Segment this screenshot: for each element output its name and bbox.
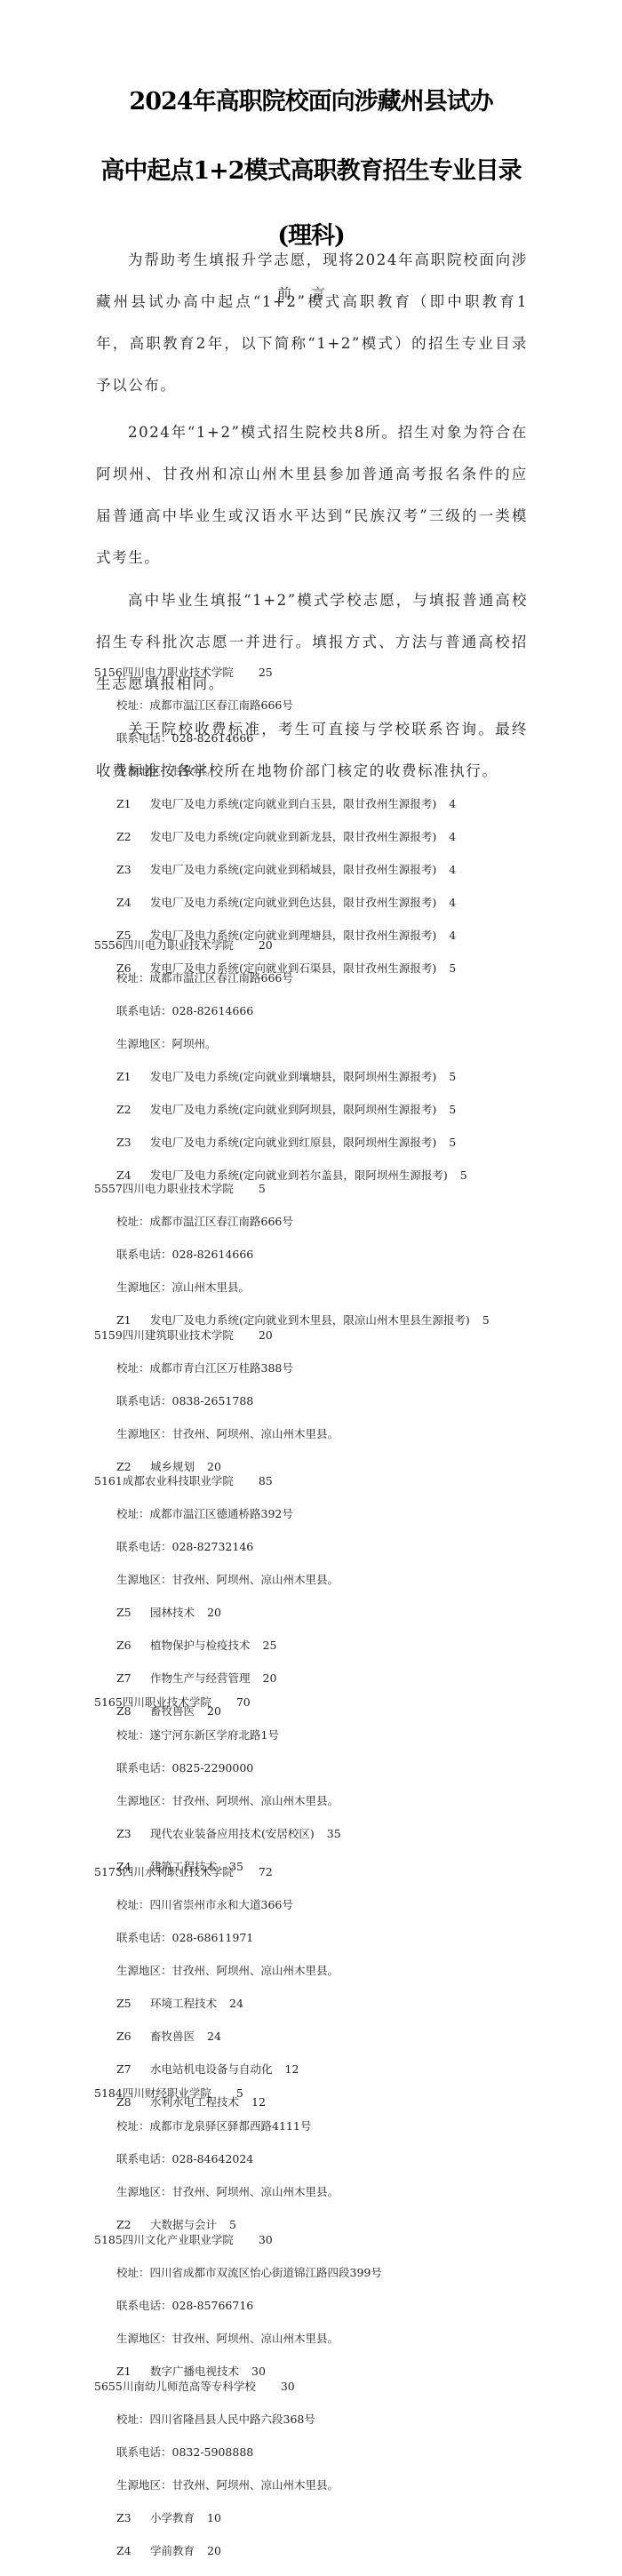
phone-value: 0838-2651788 [172, 1394, 254, 1408]
phone-label: 联系电话： [116, 2445, 172, 2459]
major-quota: 4 [449, 863, 456, 876]
school-address: 校址：成都市温江区春江南路666号 [94, 961, 538, 994]
major-quota: 20 [207, 2544, 221, 2557]
school-code: 5165 [94, 1695, 123, 1709]
school-code: 5655 [94, 2380, 123, 2393]
address-label: 校址： [116, 2266, 150, 2279]
major-code: Z2 [116, 820, 138, 853]
school-name: 四川水利职业技术学院 [123, 1865, 234, 1878]
region-value: 阿坝州。 [172, 1037, 217, 1050]
address-value: 成都市温江区春江南路666号 [150, 971, 293, 985]
school-name: 四川建筑职业技术学院 [123, 1328, 234, 1342]
major-code: Z4 [116, 2534, 138, 2567]
major-item: Z4发电厂及电力系统(定向就业到色达县，限甘孜州生源报考)4 [94, 886, 538, 919]
school-address: 校址：四川省隆昌县人民中路六段368号 [94, 2403, 538, 2436]
school-code: 5185 [94, 2233, 123, 2246]
region-value: 凉山州木里县。 [172, 1280, 251, 1294]
school-address: 校址：遂宁河东新区学府北路1号 [94, 1719, 538, 1751]
phone-value: 028-85766716 [172, 2299, 254, 2312]
school-code: 5184 [94, 2086, 123, 2100]
major-code: Z2 [116, 1093, 138, 1126]
address-value: 遂宁河东新区学府北路1号 [150, 1728, 279, 1742]
phone-value: 028-82614666 [172, 1004, 254, 1017]
phone-label: 联系电话： [116, 2152, 172, 2165]
school-phone: 联系电话：028-82614666 [94, 722, 538, 754]
major-name: 发电厂及电力系统(定向就业到红原县，限阿坝州生源报考) [150, 1136, 436, 1149]
school-address: 校址：成都市青白江区万桂路388号 [94, 1352, 538, 1384]
major-code: Z1 [116, 787, 138, 820]
school-region: 生源地区：甘孜州、阿坝州、凉山州木里县。 [94, 2175, 538, 2208]
school-header: 5161成都农业科技职业学院85 [94, 1464, 538, 1497]
document-title-line-1: 2024年高职院校面向涉藏州县试办 [0, 82, 622, 116]
preface-paragraph-1: 为帮助考生填报升学志愿，现将2024年高职院校面向涉藏州县试办高中起点“1+2”… [96, 239, 528, 406]
school-header: 5156四川电力职业技术学院25 [94, 656, 538, 689]
address-label: 校址： [116, 971, 150, 985]
major-code: Z1 [116, 1060, 138, 1093]
address-label: 校址： [116, 1507, 150, 1520]
major-quota: 24 [229, 1997, 243, 2010]
school-phone: 联系电话：028-82732146 [94, 1530, 538, 1563]
school-phone: 联系电话：0838-2651788 [94, 1384, 538, 1417]
address-value: 成都市龙泉驿区驿都西路4111号 [150, 2119, 312, 2133]
address-label: 校址： [116, 698, 150, 712]
address-value: 四川省成都市双流区怡心街道锦江路四段399号 [150, 2266, 382, 2279]
region-value: 甘孜州、阿坝州、凉山州木里县。 [172, 2478, 339, 2492]
school-quota: 30 [281, 2380, 295, 2393]
major-code: Z5 [116, 1987, 138, 2020]
major-code: Z6 [116, 1629, 138, 1662]
school-header: 5556四川电力职业技术学院20 [94, 929, 538, 961]
major-quota: 20 [207, 1606, 221, 1619]
major-item: Z6畜牧兽医24 [94, 2020, 538, 2053]
major-quota: 25 [263, 1639, 277, 1652]
major-item: Z2发电厂及电力系统(定向就业到新龙县，限甘孜州生源报考)4 [94, 820, 538, 853]
major-code: Z3 [116, 2501, 138, 2534]
school-name: 四川电力职业技术学院 [123, 938, 234, 952]
major-name: 作物生产与经营管理 [150, 1671, 251, 1685]
school-name: 四川电力职业技术学院 [123, 1182, 234, 1195]
major-item: Z3发电厂及电力系统(定向就业到稻城县，限甘孜州生源报考)4 [94, 853, 538, 886]
region-value: 甘孜州、阿坝州、凉山州木里县。 [172, 1964, 339, 1977]
region-label: 生源地区： [116, 1037, 172, 1050]
major-name: 发电厂及电力系统(定向就业到稻城县，限甘孜州生源报考) [150, 863, 436, 876]
school-quota: 5 [259, 1182, 266, 1195]
major-code: Z3 [116, 853, 138, 886]
school-phone: 联系电话：028-82614666 [94, 994, 538, 1027]
phone-label: 联系电话： [116, 1394, 172, 1408]
major-quota: 12 [285, 2062, 299, 2076]
school-header: 5159四川建筑职业技术学院20 [94, 1319, 538, 1352]
phone-label: 联系电话： [116, 2299, 172, 2312]
school-quota: 5 [236, 2086, 243, 2100]
phone-value: 028-82614666 [172, 1248, 254, 1261]
school-code: 5557 [94, 1182, 123, 1195]
region-label: 生源地区： [116, 1427, 172, 1440]
school-region: 生源地区：甘孜州。 [94, 754, 538, 787]
region-label: 生源地区： [116, 1280, 172, 1294]
address-label: 校址： [116, 1728, 150, 1742]
school-phone: 联系电话：028-85766716 [94, 2289, 538, 2322]
region-value: 甘孜州、阿坝州、凉山州木里县。 [172, 1573, 339, 1586]
school-phone: 联系电话：028-68611971 [94, 1921, 538, 1954]
major-code: Z5 [116, 1596, 138, 1629]
region-value: 甘孜州、阿坝州、凉山州木里县。 [172, 2185, 339, 2198]
major-code: Z4 [116, 886, 138, 919]
school-code: 5159 [94, 1328, 123, 1342]
school-address: 校址：四川省崇州市永和大道366号 [94, 1888, 538, 1921]
major-name: 发电厂及电力系统(定向就业到色达县，限甘孜州生源报考) [150, 896, 436, 909]
major-item: Z1发电厂及电力系统(定向就业到壤塘县，限阿坝州生源报考)5 [94, 1060, 538, 1093]
major-name: 园林技术 [150, 1606, 195, 1619]
major-quota: 5 [449, 1070, 456, 1083]
school-code: 5156 [94, 666, 123, 679]
school-code: 5556 [94, 938, 123, 952]
address-label: 校址： [116, 1215, 150, 1228]
school-block: 5184四川财经职业学院5校址：成都市龙泉驿区驿都西路4111号联系电话：028… [94, 2077, 538, 2241]
school-code: 5161 [94, 1474, 123, 1487]
major-item: Z5环境工程技术24 [94, 1987, 538, 2020]
major-name: 现代农业装备应用技术(安居校区) [150, 1827, 315, 1840]
region-value: 甘孜州、阿坝州、凉山州木里县。 [172, 1794, 339, 1807]
major-quota: 24 [207, 2030, 221, 2043]
address-value: 成都市温江区德通桥路392号 [150, 1507, 293, 1520]
school-block: 5556四川电力职业技术学院20校址：成都市温江区春江南路666号联系电话：02… [94, 929, 538, 1192]
school-quota: 25 [259, 666, 273, 679]
major-quota: 35 [327, 1827, 341, 1840]
address-value: 成都市温江区春江南路666号 [150, 698, 293, 712]
school-region: 生源地区：阿坝州。 [94, 1027, 538, 1060]
region-label: 生源地区： [116, 2185, 172, 2198]
region-label: 生源地区： [116, 1794, 172, 1807]
school-address: 校址：四川省成都市双流区怡心街道锦江路四段399号 [94, 2256, 538, 2289]
document-page: 2024年高职院校面向涉藏州县试办 高中起点1+2模式高职教育招生专业目录 (理… [0, 0, 622, 2576]
school-address: 校址：成都市龙泉驿区驿都西路4111号 [94, 2109, 538, 2142]
school-address: 校址：成都市温江区德通桥路392号 [94, 1497, 538, 1530]
major-name: 发电厂及电力系统(定向就业到壤塘县，限阿坝州生源报考) [150, 1070, 436, 1083]
phone-label: 联系电话： [116, 731, 172, 745]
major-name: 水电站机电设备与自动化 [150, 2062, 273, 2076]
school-address: 校址：成都市温江区春江南路666号 [94, 1205, 538, 1238]
school-header: 5173四川水利职业技术学院72 [94, 1855, 538, 1888]
preface-paragraph-2: 2024年“1+2”模式招生院校共8所。招生对象为符合在阿坝州、甘孜州和凉山州木… [96, 411, 528, 578]
region-value: 甘孜州、阿坝州、凉山州木里县。 [172, 1427, 339, 1440]
major-name: 小学教育 [150, 2511, 195, 2524]
phone-label: 联系电话： [116, 1761, 172, 1774]
school-name: 川南幼儿师范高等专科学校 [123, 2380, 256, 2393]
phone-value: 0832-5908888 [172, 2445, 254, 2459]
major-item: Z3现代农业装备应用技术(安居校区)35 [94, 1817, 538, 1850]
major-name: 畜牧兽医 [150, 2030, 195, 2043]
phone-label: 联系电话： [116, 1248, 172, 1261]
phone-label: 联系电话： [116, 1004, 172, 1017]
school-name: 成都农业科技职业学院 [123, 1474, 234, 1487]
region-value: 甘孜州。 [172, 764, 217, 778]
school-region: 生源地区：甘孜州、阿坝州、凉山州木里县。 [94, 1954, 538, 1987]
major-quota: 5 [449, 1136, 456, 1149]
major-name: 发电厂及电力系统(定向就业到阿坝县，限阿坝州生源报考) [150, 1103, 436, 1116]
address-value: 四川省崇州市永和大道366号 [150, 1898, 293, 1911]
school-header: 5184四川财经职业学院5 [94, 2077, 538, 2109]
major-item: Z4学前教育20 [94, 2534, 538, 2567]
major-code: Z3 [116, 1817, 138, 1850]
major-item: Z2发电厂及电力系统(定向就业到阿坝县，限阿坝州生源报考)5 [94, 1093, 538, 1126]
major-item: Z3发电厂及电力系统(定向就业到红原县，限阿坝州生源报考)5 [94, 1126, 538, 1159]
school-block: 5165四川职业技术学院70校址：遂宁河东新区学府北路1号联系电话：0825-2… [94, 1686, 538, 1883]
region-label: 生源地区： [116, 1573, 172, 1586]
major-quota: 4 [449, 830, 456, 843]
major-quota: 10 [207, 2511, 221, 2524]
school-name: 四川文化产业职业学院 [123, 2233, 234, 2246]
phone-value: 028-84642024 [172, 2152, 254, 2165]
phone-value: 028-82732146 [172, 1540, 254, 1553]
address-label: 校址： [116, 1898, 150, 1911]
school-header: 5557四川电力职业技术学院5 [94, 1172, 538, 1205]
region-label: 生源地区： [116, 764, 172, 778]
school-block: 5159四川建筑职业技术学院20校址：成都市青白江区万桂路388号联系电话：08… [94, 1319, 538, 1483]
major-code: Z6 [116, 2020, 138, 2053]
school-name: 四川电力职业技术学院 [123, 666, 234, 679]
school-quota: 20 [259, 938, 273, 952]
address-label: 校址： [116, 2119, 150, 2133]
school-phone: 联系电话：028-82614666 [94, 1238, 538, 1271]
phone-value: 0825-2290000 [172, 1761, 254, 1774]
school-quota: 85 [259, 1474, 273, 1487]
major-code: Z3 [116, 1126, 138, 1159]
document-title-line-2: 高中起点1+2模式高职教育招生专业目录 [0, 151, 622, 186]
region-label: 生源地区： [116, 1964, 172, 1977]
address-value: 四川省隆昌县人民中路六段368号 [150, 2413, 315, 2426]
school-region: 生源地区：凉山州木里县。 [94, 1271, 538, 1304]
region-label: 生源地区： [116, 2332, 172, 2345]
school-phone: 联系电话：0825-2290000 [94, 1751, 538, 1784]
school-quota: 20 [259, 1328, 273, 1342]
phone-label: 联系电话： [116, 1540, 172, 1553]
address-value: 成都市温江区春江南路666号 [150, 1215, 293, 1228]
region-value: 甘孜州、阿坝州、凉山州木里县。 [172, 2332, 339, 2345]
major-name: 植物保护与检疫技术 [150, 1639, 251, 1652]
phone-label: 联系电话： [116, 1931, 172, 1944]
phone-value: 028-82614666 [172, 731, 254, 745]
region-label: 生源地区： [116, 2478, 172, 2492]
major-item: Z6植物保护与检疫技术25 [94, 1629, 538, 1662]
school-block: 5557四川电力职业技术学院5校址：成都市温江区春江南路666号联系电话：028… [94, 1172, 538, 1336]
major-quota: 5 [449, 1103, 456, 1116]
school-region: 生源地区：甘孜州、阿坝州、凉山州木里县。 [94, 1563, 538, 1596]
major-item: Z3小学教育10 [94, 2501, 538, 2534]
school-phone: 联系电话：028-84642024 [94, 2142, 538, 2175]
major-quota: 4 [449, 896, 456, 909]
major-quota: 4 [449, 797, 456, 810]
school-header: 5165四川职业技术学院70 [94, 1686, 538, 1719]
school-header: 5655川南幼儿师范高等专科学校30 [94, 2370, 538, 2403]
major-name: 学前教育 [150, 2544, 195, 2557]
school-code: 5173 [94, 1865, 123, 1878]
major-name: 发电厂及电力系统(定向就业到白玉县，限甘孜州生源报考) [150, 797, 436, 810]
school-block: 5655川南幼儿师范高等专科学校30校址：四川省隆昌县人民中路六段368号联系电… [94, 2370, 538, 2567]
school-block: 5185四川文化产业职业学院30校址：四川省成都市双流区怡心街道锦江路四段399… [94, 2223, 538, 2388]
major-item: Z1发电厂及电力系统(定向就业到白玉县，限甘孜州生源报考)4 [94, 787, 538, 820]
major-quota: 20 [263, 1671, 277, 1685]
school-quota: 70 [236, 1695, 251, 1709]
school-name: 四川职业技术学院 [123, 1695, 211, 1709]
major-item: Z5园林技术20 [94, 1596, 538, 1629]
school-region: 生源地区：甘孜州、阿坝州、凉山州木里县。 [94, 1417, 538, 1450]
phone-value: 028-68611971 [172, 1931, 254, 1944]
school-phone: 联系电话：0832-5908888 [94, 2436, 538, 2468]
school-quota: 30 [259, 2233, 273, 2246]
major-name: 环境工程技术 [150, 1997, 217, 2010]
address-value: 成都市青白江区万桂路388号 [150, 1361, 293, 1375]
school-header: 5185四川文化产业职业学院30 [94, 2223, 538, 2256]
school-region: 生源地区：甘孜州、阿坝州、凉山州木里县。 [94, 2468, 538, 2501]
address-label: 校址： [116, 2413, 150, 2426]
address-label: 校址： [116, 1361, 150, 1375]
school-address: 校址：成都市温江区春江南路666号 [94, 689, 538, 722]
school-region: 生源地区：甘孜州、阿坝州、凉山州木里县。 [94, 2322, 538, 2355]
major-name: 发电厂及电力系统(定向就业到新龙县，限甘孜州生源报考) [150, 830, 436, 843]
school-quota: 72 [259, 1865, 273, 1878]
school-name: 四川财经职业学院 [123, 2086, 211, 2100]
school-region: 生源地区：甘孜州、阿坝州、凉山州木里县。 [94, 1784, 538, 1817]
